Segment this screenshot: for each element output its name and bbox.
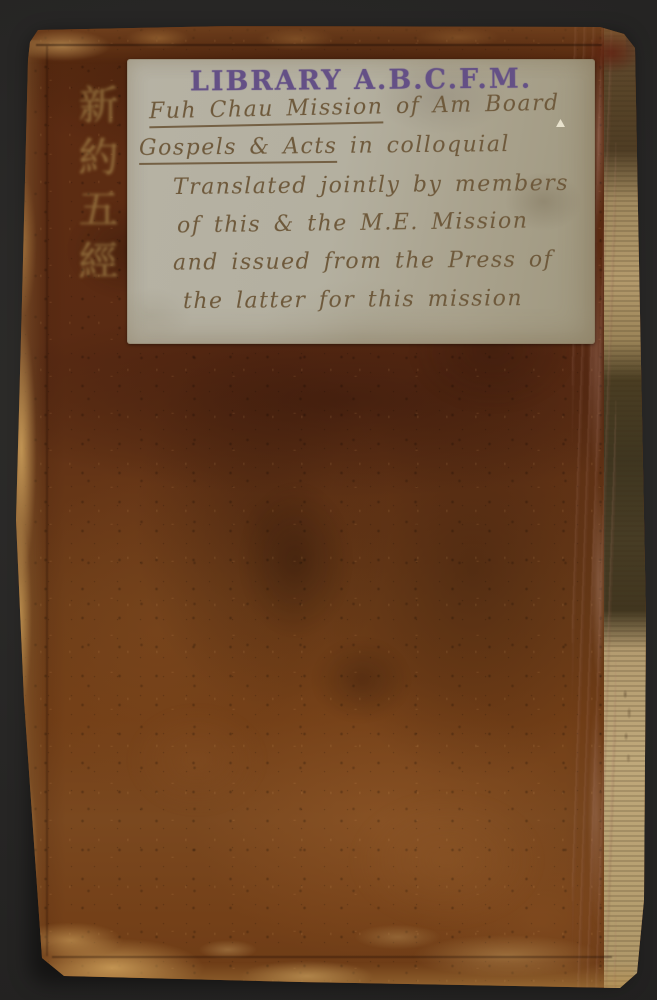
- worn-patch-bottom-edge: [28, 903, 634, 988]
- blind-tooling-line-top: [36, 44, 602, 46]
- blind-tooling-line-left: [46, 46, 48, 956]
- handwritten-underlined-text: Gospels & Acts: [139, 134, 338, 165]
- chinese-character: 約: [72, 136, 118, 188]
- handwritten-line-3: Translated jointly by members: [173, 171, 569, 200]
- label-paper-chip: [556, 119, 565, 127]
- gilt-chinese-title: 新約五經: [70, 84, 124, 334]
- blind-tooling-line-bottom: [52, 956, 612, 958]
- handwritten-text: of Am Board: [383, 91, 560, 120]
- handwritten-line-5: and issued from the Press of: [173, 247, 554, 275]
- chinese-character: 新: [72, 84, 118, 136]
- handwritten-line-6: the latter for this mission1866: [183, 285, 657, 314]
- chinese-character: 五: [72, 188, 118, 240]
- handwritten-text: in colloquial: [337, 132, 510, 159]
- handwritten-line-4: of this & the M.E. Mission: [177, 209, 529, 239]
- handwritten-underlined-text: Fuh Chau Mission: [149, 94, 384, 128]
- photo-background: 新約五經 LIBRARY A.B.C.F.M. Fuh Chau Mission…: [0, 0, 657, 1000]
- handwritten-text: the latter for this mission: [183, 286, 523, 314]
- chinese-character: 經: [72, 240, 118, 292]
- worn-patch-left-edge: [10, 40, 48, 970]
- book-cover: 新約五經 LIBRARY A.B.C.F.M. Fuh Chau Mission…: [0, 0, 657, 1000]
- library-label: LIBRARY A.B.C.F.M. Fuh Chau Mission of A…: [127, 59, 595, 344]
- fore-edge-pencil-marks: [618, 688, 636, 766]
- handwritten-line-2: Gospels & Acts in colloquial: [139, 132, 510, 161]
